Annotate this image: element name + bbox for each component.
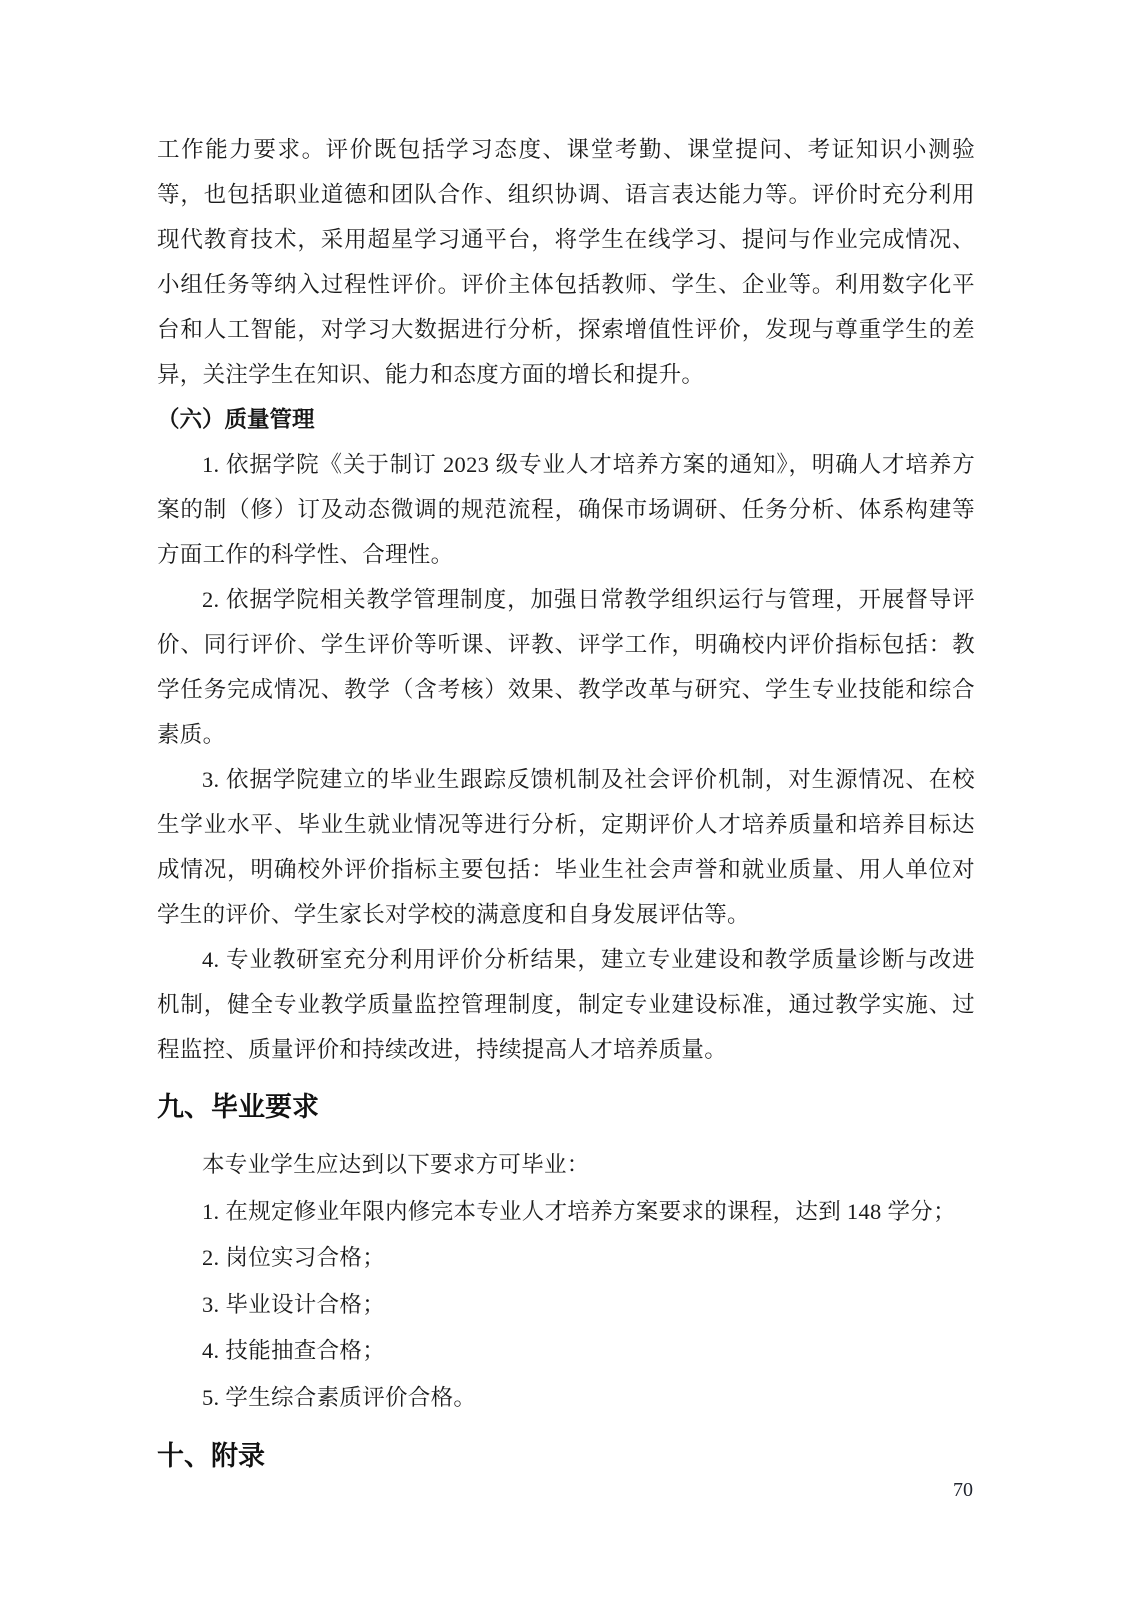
- graduation-intro: 本专业学生应达到以下要求方可毕业：: [157, 1142, 975, 1189]
- graduation-requirement-4: 4. 技能抽查合格；: [157, 1328, 975, 1375]
- graduation-requirement-3: 3. 毕业设计合格；: [157, 1282, 975, 1329]
- graduation-requirement-2: 2. 岗位实习合格；: [157, 1235, 975, 1282]
- heading-section-6-quality-management: （六）质量管理: [157, 397, 975, 442]
- paragraph-quality-1: 1. 依据学院《关于制订 2023 级专业人才培养方案的通知》，明确人才培养方案…: [157, 442, 975, 577]
- document-content: 工作能力要求。评价既包括学习态度、课堂考勤、课堂提问、考证知识小测验等，也包括职…: [157, 127, 975, 1491]
- paragraph-evaluation-continuation: 工作能力要求。评价既包括学习态度、课堂考勤、课堂提问、考证知识小测验等，也包括职…: [157, 127, 975, 397]
- page-number: 70: [953, 1478, 973, 1502]
- heading-section-10-appendix: 十、附录: [157, 1433, 975, 1479]
- graduation-requirement-5: 5. 学生综合素质评价合格。: [157, 1375, 975, 1422]
- paragraph-quality-4: 4. 专业教研室充分利用评价分析结果，建立专业建设和教学质量诊断与改进机制，健全…: [157, 937, 975, 1072]
- graduation-requirement-1: 1. 在规定修业年限内修完本专业人才培养方案要求的课程，达到 148 学分；: [157, 1189, 975, 1236]
- paragraph-quality-3: 3. 依据学院建立的毕业生跟踪反馈机制及社会评价机制，对生源情况、在校生学业水平…: [157, 757, 975, 937]
- document-page: 工作能力要求。评价既包括学习态度、课堂考勤、课堂提问、考证知识小测验等，也包括职…: [0, 0, 1131, 1600]
- paragraph-quality-2: 2. 依据学院相关教学管理制度，加强日常教学组织运行与管理，开展督导评价、同行评…: [157, 577, 975, 757]
- heading-section-9-graduation-requirements: 九、毕业要求: [157, 1084, 975, 1130]
